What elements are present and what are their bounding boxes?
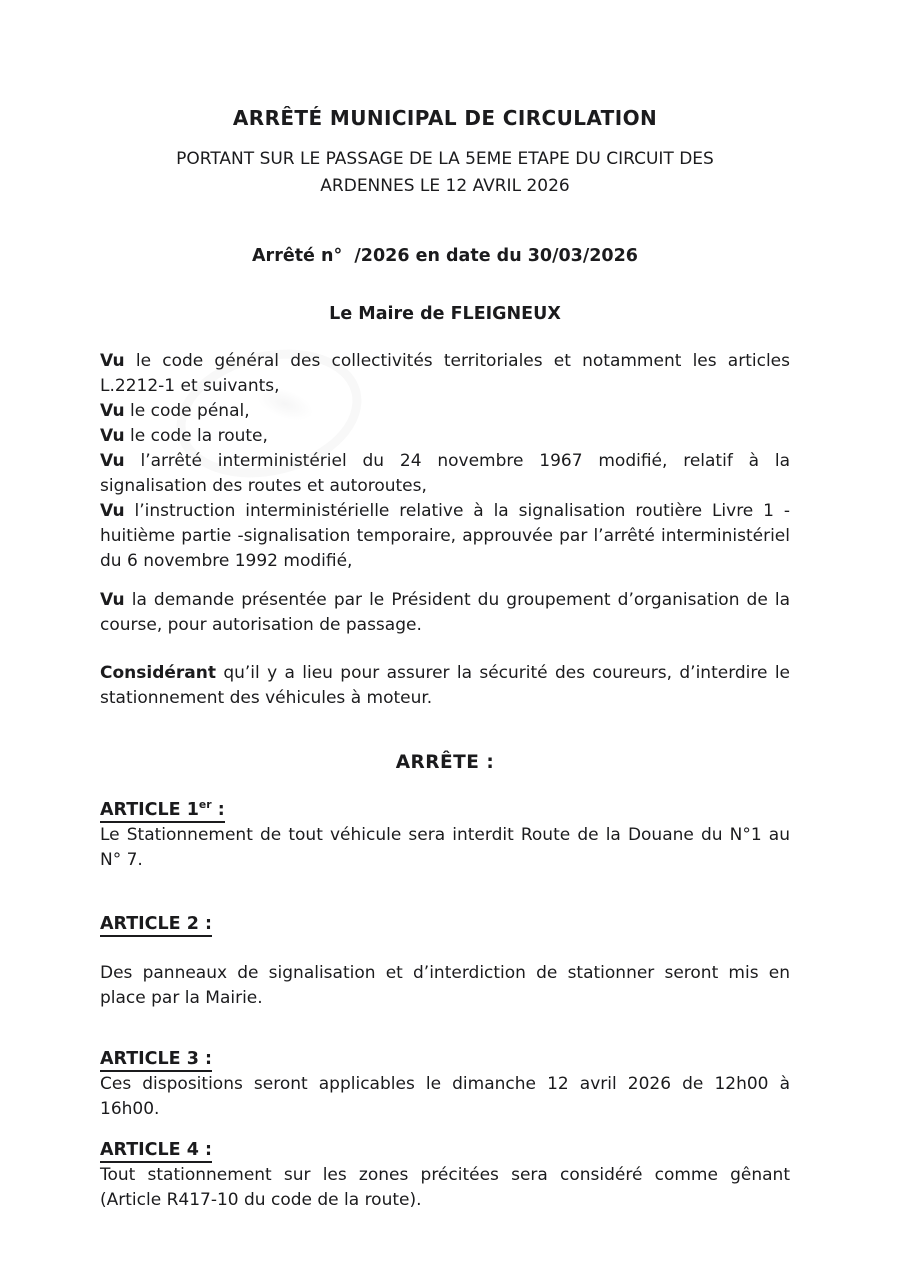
request-paragraph: Vu la demande présentée par le Président… [100,588,790,638]
decree-number-line: Arrêté n° /2026 en date du 30/03/2026 [100,246,790,266]
visa-item: Vu le code pénal, [100,399,790,424]
article-4-body: Tout stationnement sur les zones précité… [100,1163,790,1213]
visa-label: Vu [100,501,125,521]
visa-label: Vu [100,451,125,471]
article-1-heading: ARTICLE 1er : [100,800,790,820]
article-1-colon: : [212,800,225,820]
article-1-number: ARTICLE 1 [100,800,199,820]
visa-item: Vu le code général des collectivités ter… [100,349,790,399]
article-4-heading-text: ARTICLE 4 : [100,1140,212,1163]
visa-list: Vu le code général des collectivités ter… [100,349,790,574]
article-2-heading: ARTICLE 2 : [100,914,790,934]
article-3-heading-text: ARTICLE 3 : [100,1049,212,1072]
considering-label: Considérant [100,663,216,683]
article-2-number: ARTICLE 2 [100,914,199,934]
article-3: ARTICLE 3 : Ces dispositions seront appl… [100,1049,790,1122]
visa-item: Vu l’arrêté interministériel du 24 novem… [100,449,790,499]
visa-text: le code général des collectivités territ… [100,351,790,396]
article-2-colon: : [199,914,212,934]
article-1-body: Le Stationnement de tout véhicule sera i… [100,823,790,873]
considering-paragraph: Considérant qu’il y a lieu pour assurer … [100,661,790,711]
visa-label: Vu [100,426,125,446]
document-title: ARRÊTÉ MUNICIPAL DE CIRCULATION [100,106,790,130]
visa-text: le code la route, [125,426,268,446]
article-4-heading: ARTICLE 4 : [100,1140,790,1160]
visa-label: Vu [100,351,125,371]
visa-text: l’instruction interministérielle relativ… [100,501,790,571]
article-3-heading: ARTICLE 3 : [100,1049,790,1069]
request-text: la demande présentée par le Président du… [100,590,790,635]
article-3-colon: : [199,1049,212,1069]
article-2-body: Des panneaux de signalisation et d’inter… [100,961,790,1011]
visa-item: Vu le code la route, [100,424,790,449]
visa-item: Vu l’instruction interministérielle rela… [100,499,790,574]
article-4-colon: : [199,1140,212,1160]
article-1: ARTICLE 1er : Le Stationnement de tout v… [100,800,790,873]
article-2: ARTICLE 2 : Des panneaux de signalisatio… [100,914,790,1011]
visa-label: Vu [100,401,125,421]
article-3-body: Ces dispositions seront applicables le d… [100,1072,790,1122]
article-4: ARTICLE 4 : Tout stationnement sur les z… [100,1140,790,1213]
visa-text: l’arrêté interministériel du 24 novembre… [100,451,790,496]
article-4-number: ARTICLE 4 [100,1140,199,1160]
document-subtitle-line-2: ARDENNES LE 12 AVRIL 2026 [100,173,790,200]
document-page: ARRÊTÉ MUNICIPAL DE CIRCULATION PORTANT … [0,0,900,1272]
article-2-heading-text: ARTICLE 2 : [100,914,212,937]
request-label: Vu [100,590,125,610]
document-subtitle: PORTANT SUR LE PASSAGE DE LA 5EME ETAPE … [100,146,790,200]
document-subtitle-line-1: PORTANT SUR LE PASSAGE DE LA 5EME ETAPE … [100,146,790,173]
decree-heading: ARRÊTE : [100,752,790,773]
visa-text: le code pénal, [125,401,250,421]
issuer-line: Le Maire de FLEIGNEUX [100,304,790,324]
article-1-ordinal-suffix: er [199,798,212,811]
article-3-number: ARTICLE 3 [100,1049,199,1069]
article-1-heading-text: ARTICLE 1er : [100,800,225,823]
